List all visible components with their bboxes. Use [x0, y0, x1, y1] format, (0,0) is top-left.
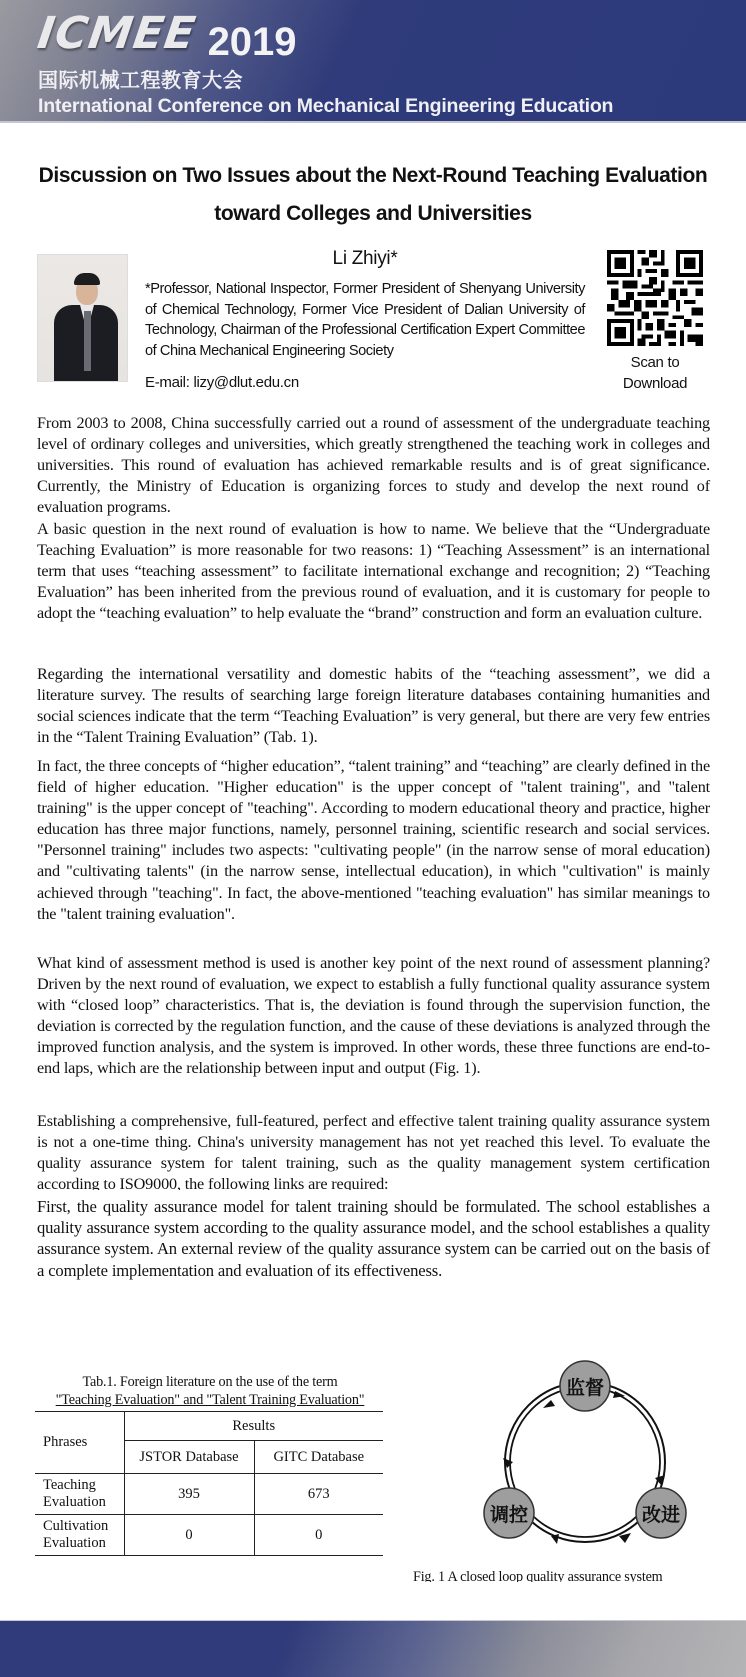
node-label-improve: 改进	[642, 1503, 680, 1526]
conference-year: 2019	[208, 20, 297, 64]
node-label-regulate: 调控	[490, 1503, 528, 1526]
table-caption-line-2: "Teaching Evaluation" and "Talent Traini…	[30, 1391, 390, 1409]
cell-jstor: 395	[124, 1474, 254, 1515]
header-phrases: Phrases	[35, 1412, 124, 1474]
photo-hair	[74, 273, 100, 285]
row-label-line-2: Evaluation	[43, 1535, 124, 1552]
qr-label: Scan to Download	[600, 352, 710, 394]
row-label-line-1: Cultivation	[43, 1518, 124, 1535]
row-label-line-2: Evaluation	[43, 1494, 124, 1511]
photo-tie	[84, 311, 91, 371]
logo-row: ICMEE 2019	[38, 12, 297, 56]
conference-banner: ICMEE 2019 国际机械工程教育大会 International Conf…	[0, 0, 746, 123]
paper-title-line-1: Discussion on Two Issues about the Next-…	[20, 157, 726, 195]
paper-title-line-2: toward Colleges and Universities	[20, 195, 726, 233]
figure-caption: Fig. 1 A closed loop quality assurance s…	[413, 1569, 733, 1582]
body-paragraph: What kind of assessment method is used i…	[37, 953, 710, 1080]
table-caption: Tab.1. Foreign literature on the use of …	[30, 1373, 390, 1409]
table-caption-line-1: Tab.1. Foreign literature on the use of …	[30, 1373, 390, 1391]
node-label-supervise: 监督	[566, 1376, 604, 1399]
row-label-line-1: Teaching	[43, 1477, 124, 1494]
body-paragraph: In fact, the three concepts of “higher e…	[37, 756, 710, 925]
cell-jstor: 0	[124, 1515, 254, 1556]
header-results: Results	[124, 1412, 383, 1441]
conference-chinese-title: 国际机械工程教育大会	[38, 64, 243, 93]
qr-label-line-2: Download	[600, 373, 710, 394]
node-regulate: 调控	[484, 1488, 534, 1538]
table-row: Teaching Evaluation 395 673	[35, 1474, 383, 1515]
header-jstor: JSTOR Database	[124, 1441, 254, 1474]
author-email[interactable]: E-mail: lizy@dlut.edu.cn	[145, 374, 299, 391]
author-photo	[37, 254, 128, 382]
row-label: Teaching Evaluation	[35, 1474, 124, 1515]
body-paragraph: From 2003 to 2008, China successfully ca…	[37, 413, 710, 518]
table-row: Cultivation Evaluation 0 0	[35, 1515, 383, 1556]
closed-loop-diagram: 监督 改进 调控	[455, 1350, 715, 1565]
paper-title: Discussion on Two Issues about the Next-…	[20, 157, 726, 233]
author-name: Li Zhiyi*	[145, 248, 585, 270]
author-affiliation: *Professor, National Inspector, Former P…	[145, 279, 585, 361]
qr-code-icon[interactable]	[607, 250, 703, 346]
conference-english-title: International Conference on Mechanical E…	[38, 95, 613, 118]
node-improve: 改进	[636, 1488, 686, 1538]
header-gitc: GITC Database	[254, 1441, 383, 1474]
cell-gitc: 673	[254, 1474, 383, 1515]
node-supervise: 监督	[560, 1361, 610, 1411]
conference-logo: ICMEE	[35, 12, 199, 56]
row-label: Cultivation Evaluation	[35, 1515, 124, 1556]
cell-gitc: 0	[254, 1515, 383, 1556]
body-paragraph-clipped: Establishing a comprehensive, full-featu…	[37, 1111, 710, 1190]
body-paragraph: A basic question in the next round of ev…	[37, 519, 710, 624]
literature-table: Phrases Results JSTOR Database GITC Data…	[35, 1411, 383, 1556]
body-paragraph: First, the quality assurance model for t…	[37, 1196, 710, 1281]
table-header-row: Phrases Results	[35, 1412, 383, 1441]
qr-label-line-1: Scan to	[600, 352, 710, 373]
footer-banner	[0, 1620, 746, 1677]
body-paragraph: Regarding the international versatility …	[37, 664, 710, 748]
